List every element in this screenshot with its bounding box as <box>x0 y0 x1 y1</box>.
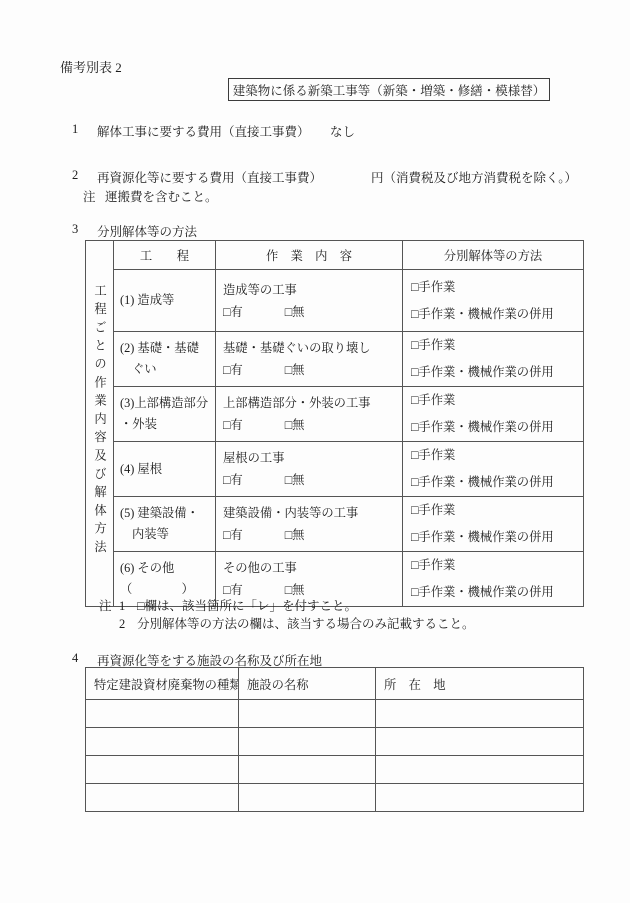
method-cell: □手作業 □手作業・機械作業の併用 <box>403 442 584 497</box>
header-process: 工 程 <box>114 241 216 270</box>
checkbox-yes: □有 <box>223 305 243 319</box>
item2-note-label: 注 <box>83 190 96 204</box>
recycling-facility-table: 特定建設資材廃棄物の種類 施設の名称 所 在 地 <box>85 667 584 812</box>
side-label-cell: 工程ごとの作業内容及び解体方法 <box>86 241 114 607</box>
form-type-title: 建築物に係る新築工事等（新築・増築・修繕・模様替） <box>233 81 546 99</box>
yes-no-line: □有□無 <box>216 524 402 546</box>
waste-type-cell <box>86 756 239 784</box>
checkbox-hand-machine: □手作業・機械作業の併用 <box>403 414 583 441</box>
process-name: (2) 基礎・基礎 <box>114 338 215 359</box>
waste-type-cell <box>86 700 239 728</box>
item2-unit-note: 円（消費税及び地方消費税を除く。） <box>371 168 577 186</box>
header-location: 所 在 地 <box>376 668 584 700</box>
note-2-text: 分別解体等の方法の欄は、該当する場合のみ記載すること。 <box>137 617 475 631</box>
process-name: (5) 建築設備・ <box>114 503 215 524</box>
work-title: 建築設備・内装等の工事 <box>216 502 402 524</box>
process-name: (1) 造成等 <box>114 290 215 311</box>
checkbox-hand-machine: □手作業・機械作業の併用 <box>403 469 583 496</box>
yes-no-line: □有□無 <box>216 301 402 323</box>
checkbox-yes: □有 <box>223 473 243 487</box>
form-type-box: 建築物に係る新築工事等（新築・増築・修繕・模様替） <box>228 78 550 101</box>
note-1-number: 1 <box>119 599 137 614</box>
waste-type-cell <box>86 728 239 756</box>
process-name: (3)上部構造部分 <box>114 393 215 414</box>
work-title: 屋根の工事 <box>216 447 402 469</box>
table-row <box>86 728 584 756</box>
item1-value: なし <box>330 122 355 140</box>
demolition-method-table: 工程ごとの作業内容及び解体方法 工 程 作 業 内 容 分別解体等の方法 (1)… <box>85 240 584 607</box>
note-1-text: □欄は、該当箇所に「レ」を付すこと。 <box>137 599 357 613</box>
work-title: その他の工事 <box>216 557 402 579</box>
table-row: (2) 基礎・基礎 ぐい 基礎・基礎ぐいの取り壊し □有□無 □手作業 □手作業… <box>86 332 584 387</box>
method-cell: □手作業 □手作業・機械作業の併用 <box>403 270 584 332</box>
note-2-number: 2 <box>119 617 137 632</box>
table3-notes: 注1□欄は、該当箇所に「レ」を付すこと。 2分別解体等の方法の欄は、該当する場合… <box>99 596 475 632</box>
checkbox-hand: □手作業 <box>403 274 583 301</box>
note-line-1: 注1□欄は、該当箇所に「レ」を付すこと。 <box>99 596 475 614</box>
work-title: 造成等の工事 <box>216 279 402 301</box>
process-cell: (4) 屋根 <box>114 442 216 497</box>
checkbox-no: □無 <box>285 363 305 377</box>
item2-number: 2 <box>72 168 78 183</box>
facility-name-cell <box>239 756 376 784</box>
checkbox-hand: □手作業 <box>403 497 583 524</box>
work-title: 上部構造部分・外装の工事 <box>216 392 402 414</box>
item4-number: 4 <box>72 651 78 666</box>
note-label: 注 <box>99 596 119 614</box>
checkbox-yes: □有 <box>223 583 243 597</box>
table-header-row: 工程ごとの作業内容及び解体方法 工 程 作 業 内 容 分別解体等の方法 <box>86 241 584 270</box>
work-cell: 建築設備・内装等の工事 □有□無 <box>216 497 403 552</box>
item2-label: 再資源化等に要する費用（直接工事費） <box>97 168 322 186</box>
checkbox-hand: □手作業 <box>403 387 583 414</box>
table-row <box>86 700 584 728</box>
work-title: 基礎・基礎ぐいの取り壊し <box>216 337 402 359</box>
checkbox-hand: □手作業 <box>403 442 583 469</box>
waste-type-cell <box>86 784 239 812</box>
process-cell: (5) 建築設備・ 内装等 <box>114 497 216 552</box>
header-waste-type: 特定建設資材廃棄物の種類 <box>86 668 239 700</box>
location-cell <box>376 728 584 756</box>
table-header-row: 特定建設資材廃棄物の種類 施設の名称 所 在 地 <box>86 668 584 700</box>
checkbox-yes: □有 <box>223 528 243 542</box>
process-name-line2: ぐい <box>114 359 215 380</box>
checkbox-hand-machine: □手作業・機械作業の併用 <box>403 524 583 551</box>
yes-no-line: □有□無 <box>216 359 402 381</box>
checkbox-hand: □手作業 <box>403 332 583 359</box>
document-page: 備考別表 2 建築物に係る新築工事等（新築・増築・修繕・模様替） 1 解体工事に… <box>0 0 630 903</box>
method-cell: □手作業 □手作業・機械作業の併用 <box>403 332 584 387</box>
checkbox-hand: □手作業 <box>403 552 583 579</box>
process-cell: (1) 造成等 <box>114 270 216 332</box>
yes-no-line: □有□無 <box>216 414 402 436</box>
doc-label: 備考別表 2 <box>60 57 122 76</box>
header-method: 分別解体等の方法 <box>403 241 584 270</box>
process-name-line2: 内装等 <box>114 524 215 545</box>
item1-number: 1 <box>72 122 78 137</box>
process-cell: (2) 基礎・基礎 ぐい <box>114 332 216 387</box>
item1-label: 解体工事に要する費用（直接工事費） <box>97 122 310 140</box>
item3-title: 分別解体等の方法 <box>97 222 197 240</box>
process-name: (4) 屋根 <box>114 459 215 480</box>
item2-note: 注 運搬費を含むこと。 <box>83 187 96 203</box>
table-row: (4) 屋根 屋根の工事 □有□無 □手作業 □手作業・機械作業の併用 <box>86 442 584 497</box>
item3-number: 3 <box>72 222 78 237</box>
checkbox-hand-machine: □手作業・機械作業の併用 <box>403 301 583 328</box>
facility-name-cell <box>239 784 376 812</box>
checkbox-no: □無 <box>285 418 305 432</box>
process-cell: (3)上部構造部分 ・外装 <box>114 387 216 442</box>
table-row <box>86 756 584 784</box>
checkbox-yes: □有 <box>223 418 243 432</box>
checkbox-no: □無 <box>285 473 305 487</box>
item2-note-text: 運搬費を含むこと。 <box>105 187 218 205</box>
location-cell <box>376 700 584 728</box>
table-row <box>86 784 584 812</box>
table-row: (1) 造成等 造成等の工事 □有□無 □手作業 □手作業・機械作業の併用 <box>86 270 584 332</box>
facility-name-cell <box>239 728 376 756</box>
note-line-2: 2分別解体等の方法の欄は、該当する場合のみ記載すること。 <box>99 614 475 632</box>
process-name-line2: ・外装 <box>114 414 215 435</box>
yes-no-line: □有□無 <box>216 469 402 491</box>
header-work: 作 業 内 容 <box>216 241 403 270</box>
work-cell: 基礎・基礎ぐいの取り壊し □有□無 <box>216 332 403 387</box>
facility-name-cell <box>239 700 376 728</box>
header-facility-name: 施設の名称 <box>239 668 376 700</box>
checkbox-no: □無 <box>285 528 305 542</box>
table-row: (3)上部構造部分 ・外装 上部構造部分・外装の工事 □有□無 □手作業 □手作… <box>86 387 584 442</box>
work-cell: 造成等の工事 □有□無 <box>216 270 403 332</box>
location-cell <box>376 784 584 812</box>
side-vertical-label: 工程ごとの作業内容及び解体方法 <box>91 284 109 559</box>
checkbox-no: □無 <box>285 305 305 319</box>
work-cell: 屋根の工事 □有□無 <box>216 442 403 497</box>
work-cell: 上部構造部分・外装の工事 □有□無 <box>216 387 403 442</box>
checkbox-hand-machine: □手作業・機械作業の併用 <box>403 359 583 386</box>
table-row: (5) 建築設備・ 内装等 建築設備・内装等の工事 □有□無 □手作業 □手作業… <box>86 497 584 552</box>
method-cell: □手作業 □手作業・機械作業の併用 <box>403 497 584 552</box>
checkbox-yes: □有 <box>223 363 243 377</box>
checkbox-no: □無 <box>285 583 305 597</box>
location-cell <box>376 756 584 784</box>
process-name: (6) その他 <box>114 558 215 579</box>
method-cell: □手作業 □手作業・機械作業の併用 <box>403 387 584 442</box>
